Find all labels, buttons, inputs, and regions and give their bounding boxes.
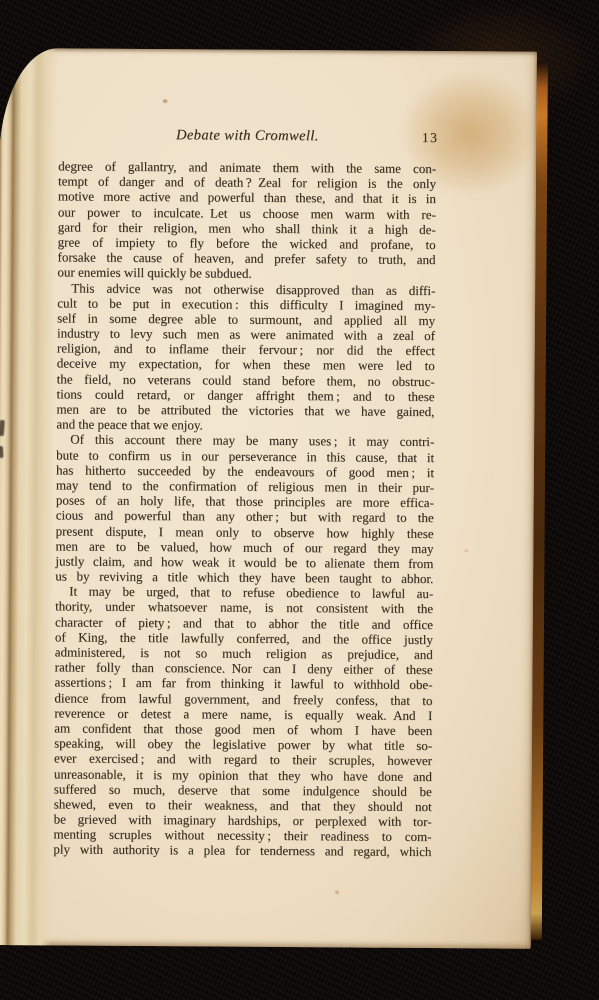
- book-photo: Debate with Cromwell. 13 degree of galla…: [0, 0, 599, 1000]
- page-header: Debate with Cromwell. 13: [58, 126, 436, 155]
- paragraph: This advice was not otherwise disapprove…: [56, 280, 435, 435]
- edge-ink-mark: [0, 420, 5, 436]
- paper-speck: [335, 890, 339, 894]
- running-title: Debate with Cromwell.: [58, 126, 436, 146]
- paper-speck: [464, 549, 468, 552]
- left-page-curl: [0, 48, 58, 945]
- paragraph: It may be urged, that to refuse obedienc…: [53, 584, 433, 860]
- book-page: Debate with Cromwell. 13 degree of galla…: [0, 48, 537, 949]
- text-column: Debate with Cromwell. 13 degree of galla…: [53, 126, 436, 859]
- text-line: ply with authority is a plea for tendern…: [53, 842, 431, 860]
- paragraph: Of this account there may be many uses ;…: [55, 432, 434, 587]
- paper-speck: [163, 99, 168, 103]
- page-number: 13: [422, 130, 439, 146]
- body-text: degree of gallantry, and animate them wi…: [53, 158, 436, 859]
- edge-ink-mark: [0, 446, 3, 458]
- paragraph: degree of gallantry, and animate them wi…: [57, 158, 436, 282]
- book-fore-edge: [531, 62, 548, 940]
